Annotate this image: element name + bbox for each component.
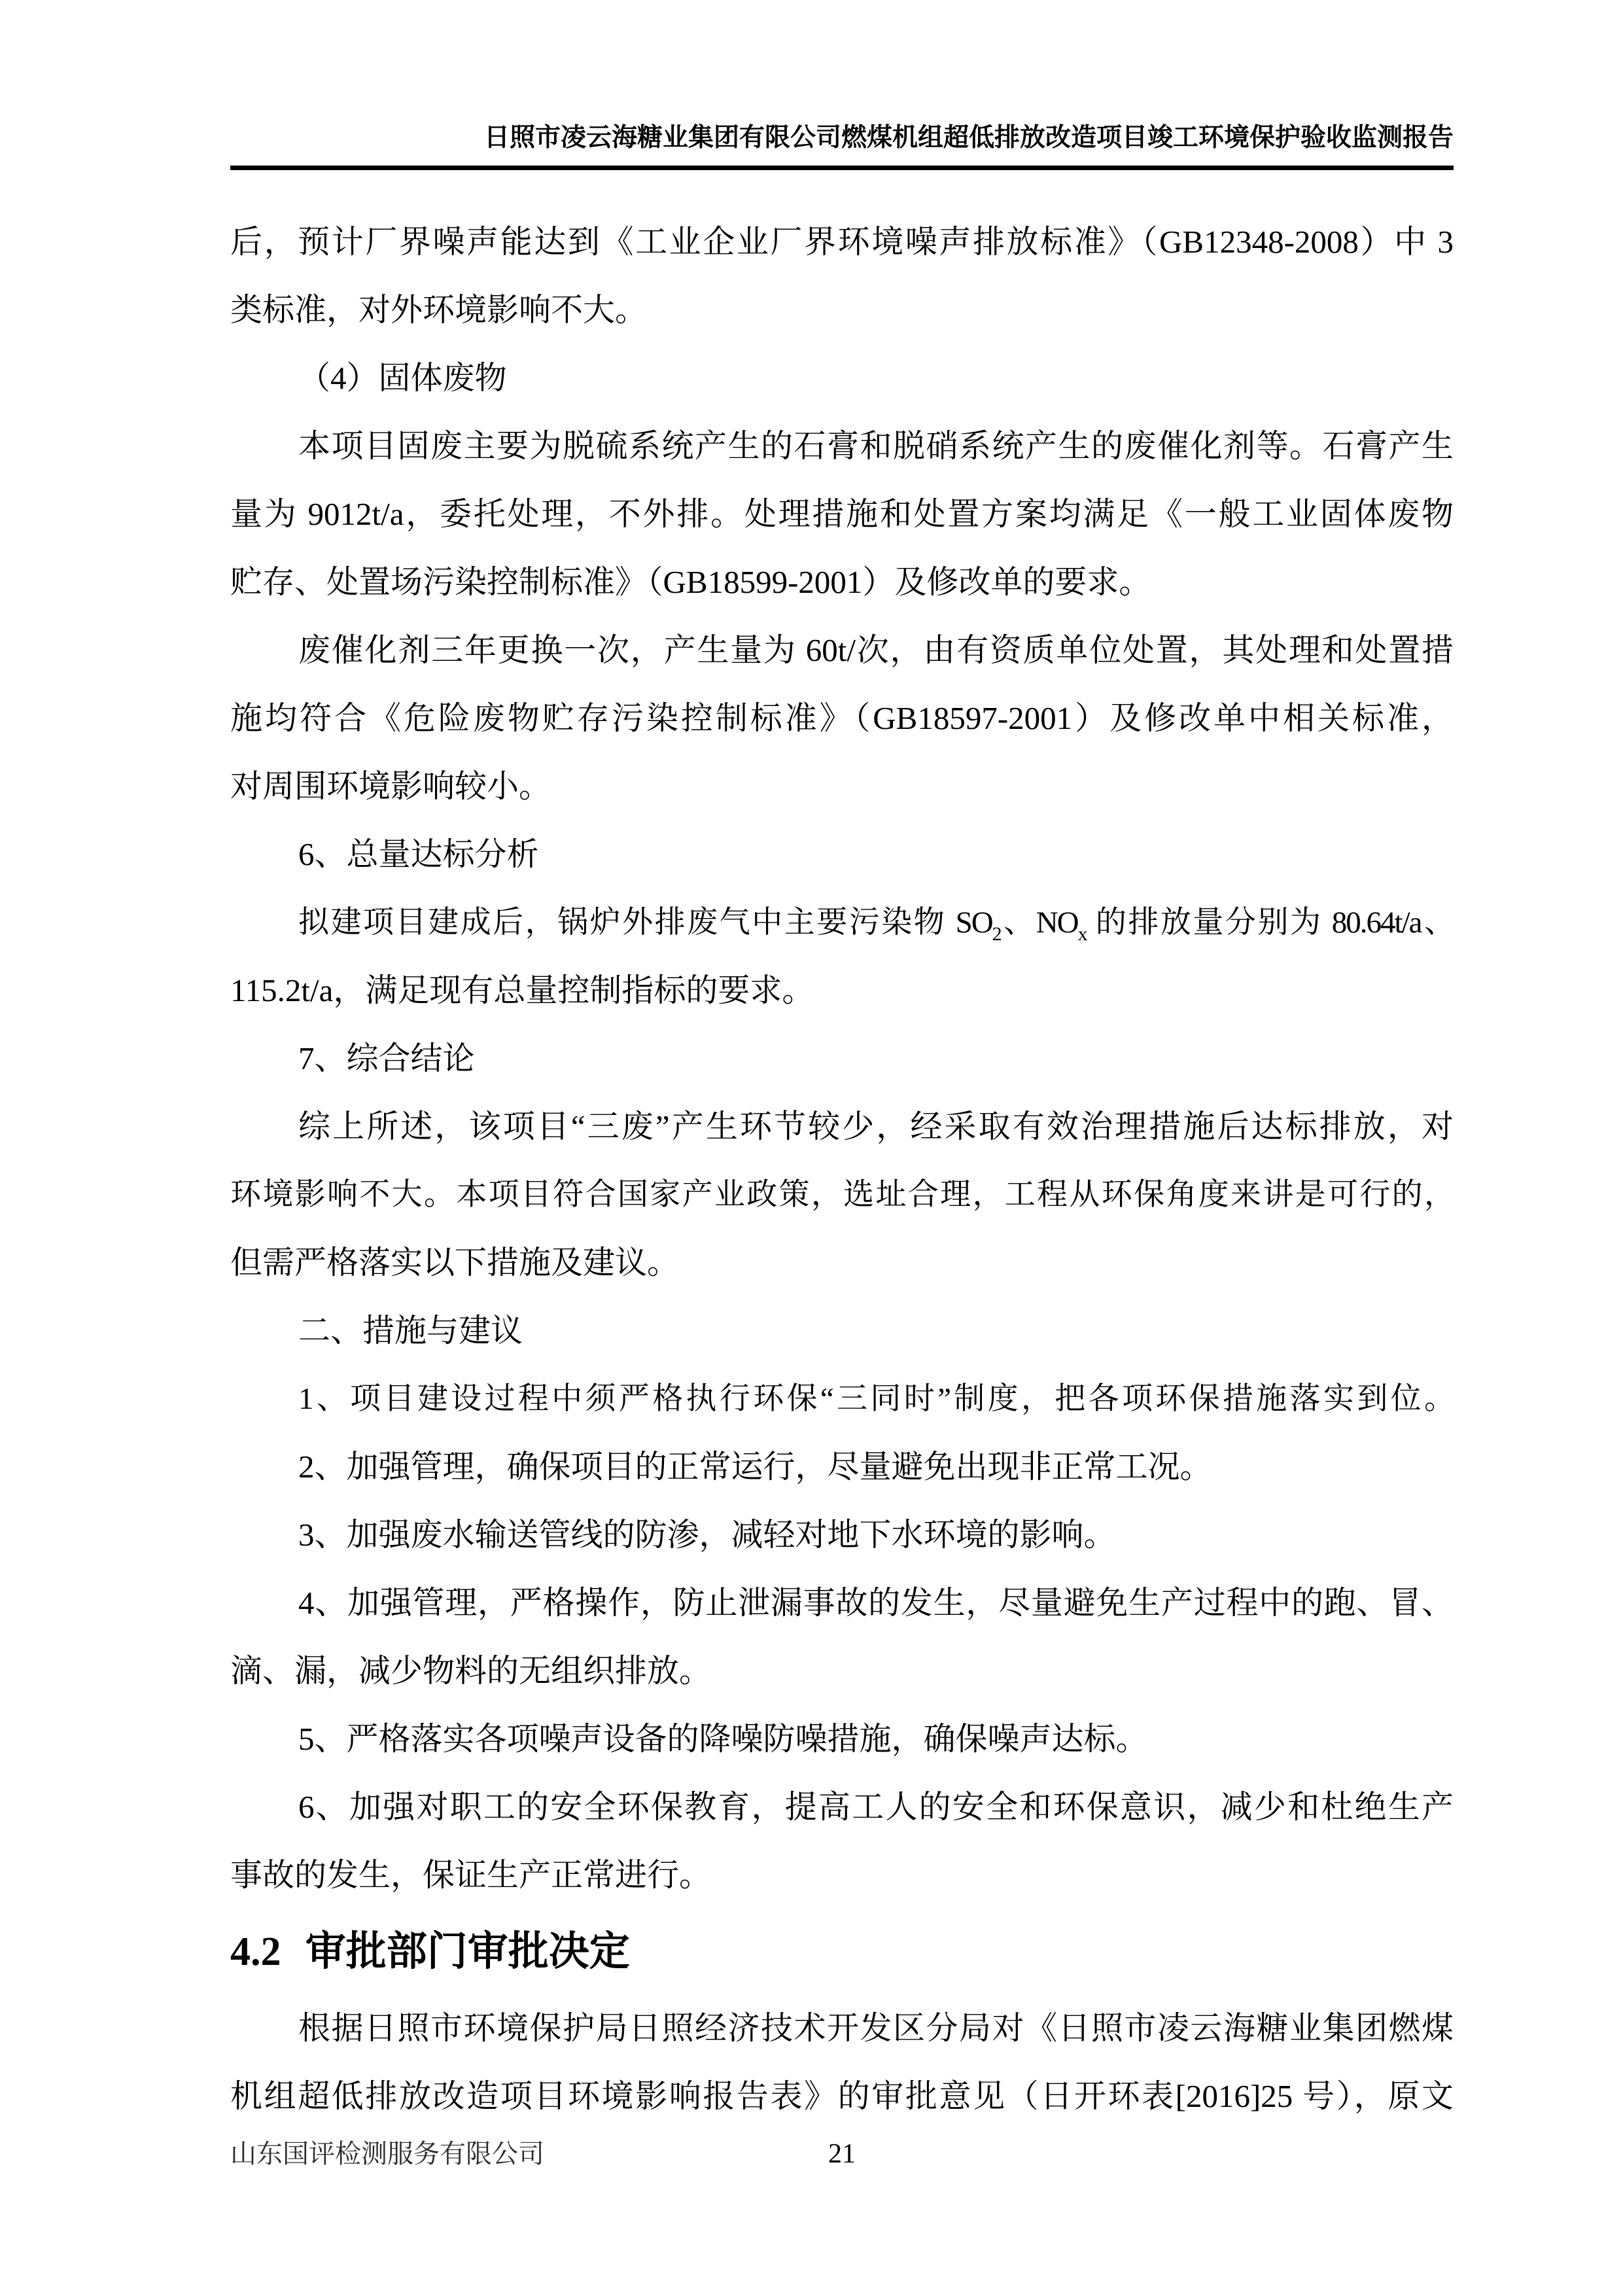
section-heading-number: 4.2 xyxy=(230,1930,281,1974)
text-line: 滴、漏，减少物料的无组织排放。 xyxy=(230,1637,1454,1705)
text-run: 拟建项目建成后，锅炉外排废气中主要污染物 SO xyxy=(298,906,992,940)
text-run: 综上所述，该项目“三废”产生环节较少，经采取有效治理措施后达标排放，对 xyxy=(298,1108,1454,1144)
body-lines-bottom: 根据日照市环境保护局日照经济技术开发区分局对《日照市凌云海糖业集团燃煤机组超低排… xyxy=(230,1994,1454,2130)
page-footer: 山东国评检测服务有限公司 21 xyxy=(230,2138,1454,2178)
text-run: 6、加强对职工的安全环保教育，提高工人的安全和环保意识，减少和杜绝生产 xyxy=(298,1789,1454,1825)
text-run: 、NO xyxy=(1001,906,1078,940)
text-run: 4、加强管理，严格操作，防止泄漏事故的发生，尽量避免生产过程中的跑、冒、 xyxy=(298,1585,1454,1621)
text-line: 事故的发生，保证生产正常进行。 xyxy=(230,1841,1454,1909)
text-run: 1、项目建设过程中须严格执行环保“三同时”制度，把各项环保措施落实到位。 xyxy=(298,1382,1454,1416)
footer-company-name: 山东国评检测服务有限公司 xyxy=(230,2138,544,2170)
document-body: 后，预计厂界噪声能达到《工业企业厂界环境噪声排放标准》（GB12348-2008… xyxy=(230,208,1454,2130)
text-line: 3、加强废水输送管线的防渗，减轻对地下水环境的影响。 xyxy=(230,1501,1454,1569)
text-line: 6、总量达标分析 xyxy=(230,821,1454,889)
text-run: 115.2t/a，满足现有总量控制指标的要求。 xyxy=(230,972,814,1008)
text-run: 7、综合结论 xyxy=(298,1040,475,1076)
text-run: 对周围环境影响较小。 xyxy=(230,768,551,804)
text-line: （4）固体废物 xyxy=(230,344,1454,412)
text-line: 贮存、处置场污染控制标准》（GB18599-2001）及修改单的要求。 xyxy=(230,548,1454,616)
subscript-text: 2 xyxy=(992,923,1001,945)
text-run: 后，预计厂界噪声能达到《工业企业厂界环境噪声排放标准》（GB12348-2008… xyxy=(230,224,1454,260)
text-line: 根据日照市环境保护局日照经济技术开发区分局对《日照市凌云海糖业集团燃煤 xyxy=(230,1994,1454,2062)
text-line: 施均符合《危险废物贮存污染控制标准》（GB18597-2001）及修改单中相关标… xyxy=(230,684,1454,752)
document-page: 日照市凌云海糖业集团有限公司燃煤机组超低排放改造项目竣工环境保护验收监测报告 后… xyxy=(0,0,1623,2296)
header-divider xyxy=(230,166,1454,170)
text-run: 废催化剂三年更换一次，产生量为 60t/次，由有资质单位处置，其处理和处置措 xyxy=(298,632,1454,668)
text-run: 的排放量分别为 80.64t/a、 xyxy=(1087,906,1454,940)
text-run: 事故的发生，保证生产正常进行。 xyxy=(230,1857,711,1893)
text-run: 环境影响不大。本项目符合国家产业政策，选址合理，工程从环保角度来讲是可行的， xyxy=(230,1178,1454,1212)
text-line: 对周围环境影响较小。 xyxy=(230,752,1454,821)
text-run: 3、加强废水输送管线的防渗，减轻对地下水环境的影响。 xyxy=(298,1517,1116,1553)
text-line: 二、措施与建议 xyxy=(230,1297,1454,1365)
text-line: 量为 9012t/a，委托处理，不外排。处理措施和处置方案均满足《一般工业固体废… xyxy=(230,480,1454,548)
text-run: 量为 9012t/a，委托处理，不外排。处理措施和处置方案均满足《一般工业固体废… xyxy=(230,496,1454,532)
text-run: 根据日照市环境保护局日照经济技术开发区分局对《日照市凌云海糖业集团燃煤 xyxy=(298,2010,1454,2046)
text-line: 环境影响不大。本项目符合国家产业政策，选址合理，工程从环保角度来讲是可行的， xyxy=(230,1161,1454,1229)
subscript-text: x xyxy=(1078,923,1087,945)
text-line: 4、加强管理，严格操作，防止泄漏事故的发生，尽量避免生产过程中的跑、冒、 xyxy=(230,1569,1454,1637)
text-line: 综上所述，该项目“三废”产生环节较少，经采取有效治理措施后达标排放，对 xyxy=(230,1093,1454,1161)
text-run: 5、严格落实各项噪声设备的降噪防噪措施，确保噪声达标。 xyxy=(298,1721,1148,1757)
text-line: 类标准，对外环境影响不大。 xyxy=(230,276,1454,344)
text-run: 本项目固废主要为脱硫系统产生的石膏和脱硝系统产生的废催化剂等。石膏产生 xyxy=(298,428,1454,464)
text-line: 本项目固废主要为脱硫系统产生的石膏和脱硝系统产生的废催化剂等。石膏产生 xyxy=(230,412,1454,480)
text-run: 二、措施与建议 xyxy=(298,1313,523,1349)
text-line: 6、加强对职工的安全环保教育，提高工人的安全和环保意识，减少和杜绝生产 xyxy=(230,1773,1454,1841)
section-heading: 4.2 审批部门审批决定 xyxy=(230,1909,1454,1994)
text-run: 贮存、处置场污染控制标准》（GB18599-2001）及修改单的要求。 xyxy=(230,564,1151,600)
text-line: 5、严格落实各项噪声设备的降噪防噪措施，确保噪声达标。 xyxy=(230,1705,1454,1773)
text-run: 但需严格落实以下措施及建议。 xyxy=(230,1245,679,1280)
body-lines-top: 后，预计厂界噪声能达到《工业企业厂界环境噪声排放标准》（GB12348-2008… xyxy=(230,208,1454,1909)
text-line: 1、项目建设过程中须严格执行环保“三同时”制度，把各项环保措施落实到位。 xyxy=(230,1365,1454,1433)
text-line: 后，预计厂界噪声能达到《工业企业厂界环境噪声排放标准》（GB12348-2008… xyxy=(230,208,1454,276)
page-header-title: 日照市凌云海糖业集团有限公司燃煤机组超低排放改造项目竣工环境保护验收监测报告 xyxy=(230,123,1454,153)
text-run: 2、加强管理，确保项目的正常运行，尽量避免出现非正常工况。 xyxy=(298,1449,1212,1485)
text-run: 类标准，对外环境影响不大。 xyxy=(230,292,647,328)
text-line: 废催化剂三年更换一次，产生量为 60t/次，由有资质单位处置，其处理和处置措 xyxy=(230,616,1454,684)
text-run: 滴、漏，减少物料的无组织排放。 xyxy=(230,1653,711,1689)
text-run: 施均符合《危险废物贮存污染控制标准》（GB18597-2001）及修改单中相关标… xyxy=(230,700,1454,736)
text-line: 7、综合结论 xyxy=(230,1025,1454,1093)
text-run: 机组超低排放改造项目环境影响报告表》的审批意见（日开环表[2016]25 号），… xyxy=(230,2078,1454,2114)
section-heading-title: 审批部门审批决定 xyxy=(305,1929,630,1974)
text-line: 2、加强管理，确保项目的正常运行，尽量避免出现非正常工况。 xyxy=(230,1433,1454,1501)
text-line: 机组超低排放改造项目环境影响报告表》的审批意见（日开环表[2016]25 号），… xyxy=(230,2062,1454,2130)
text-line: 115.2t/a，满足现有总量控制指标的要求。 xyxy=(230,957,1454,1025)
footer-page-number: 21 xyxy=(828,2138,856,2170)
text-line: 拟建项目建成后，锅炉外排废气中主要污染物 SO2、NOx 的排放量分别为 80.… xyxy=(230,889,1454,957)
text-run: 6、总量达标分析 xyxy=(298,836,539,872)
text-line: 但需严格落实以下措施及建议。 xyxy=(230,1229,1454,1297)
text-run: （4）固体废物 xyxy=(298,360,507,396)
